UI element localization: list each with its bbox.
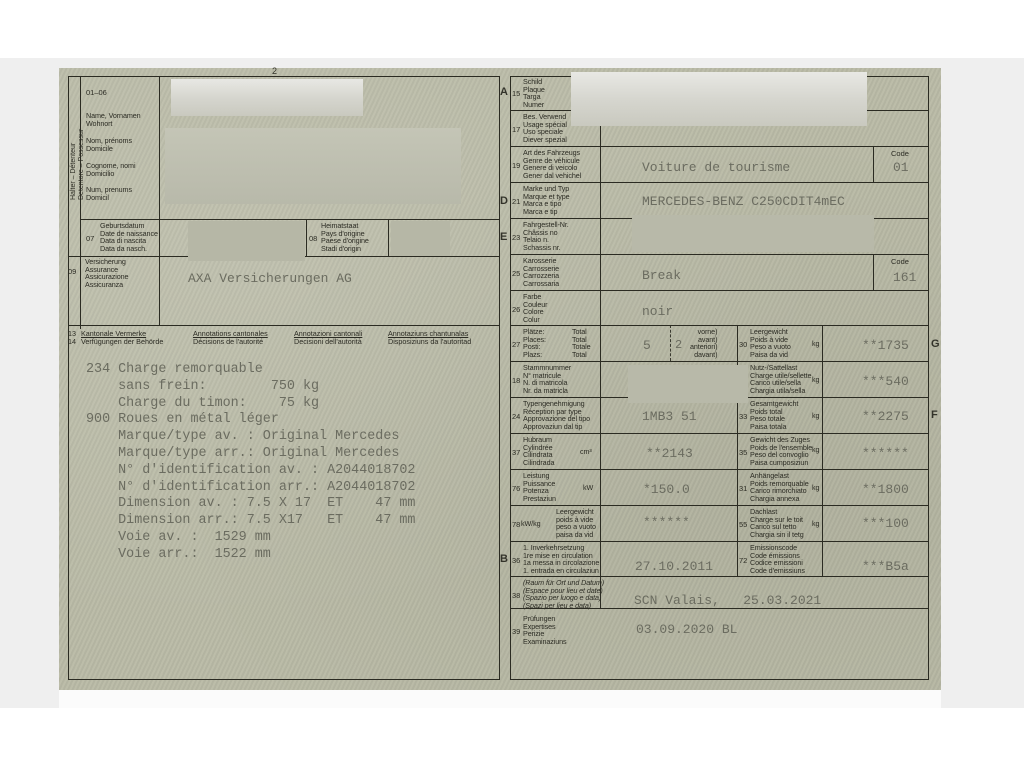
field-01-06-label-it: Cognome, nomi Domicilio — [86, 162, 135, 177]
annotations-numbers: 13 14 — [68, 330, 76, 346]
redacted-chassis — [632, 215, 874, 252]
field-21-labels: Marke und Typ Marque et type Marca e tip… — [523, 185, 570, 215]
first-registration-value: 27.10.2011 — [635, 559, 713, 574]
seats-total-value: 5 — [643, 338, 651, 353]
redacted-matricule — [628, 365, 748, 403]
roof-load-value: ***100 — [862, 516, 909, 531]
emission-code-value: ***B5a — [862, 559, 909, 574]
field-39-labels: Prüfungen Expertises Perizie Examinaziun… — [523, 615, 567, 645]
type-approval-value: 1MB3 51 — [642, 409, 697, 424]
field-31-labels: Anhängelast Poids remorquable Carico rim… — [750, 472, 809, 502]
divider — [80, 76, 81, 329]
field-letter-e: E — [500, 231, 507, 243]
field-15-number: 15 — [512, 89, 520, 98]
divider — [510, 576, 929, 577]
field-36-number: 36 — [512, 556, 520, 565]
field-01-06-label-fr: Nom, prénoms Domicile — [86, 137, 132, 152]
redacted-holder-address — [165, 128, 461, 204]
field-36-labels: 1. Inverkehrsetzung 1re mise en circulat… — [523, 544, 599, 574]
make-model-value: MERCEDES-BENZ C250CDIT4mEC — [642, 194, 845, 209]
field-38-labels: (Raum für Ort und Datum) (Espace pour li… — [523, 579, 604, 609]
field-08-labels: Heimatstaat Pays d'origine Paese d'origi… — [321, 222, 369, 252]
holder-side-label-2: Detentore – Possessur — [78, 129, 85, 200]
redacted-origin — [391, 221, 450, 256]
field-78-labels: Leergewicht poids à vide peso a vuoto pa… — [556, 508, 596, 538]
unit-kg: kg — [812, 376, 819, 384]
field-55-number: 55 — [739, 520, 747, 529]
field-23-labels: Fahrgestell-Nr. Châssis no Telaio n. Sch… — [523, 221, 569, 251]
page-mark-left: 2 — [272, 66, 277, 76]
field-08-number: 08 — [309, 234, 317, 243]
field-01-06-label-de: Name, Vornamen Wohnort — [86, 112, 141, 127]
train-weight-value: ****** — [862, 446, 909, 461]
divider — [510, 254, 929, 255]
color-value: noir — [642, 304, 673, 319]
field-27-labels: Plätze: Places: Posti: Plazs: — [523, 328, 546, 358]
displacement-value: **2143 — [646, 446, 693, 461]
field-31-number: 31 — [739, 484, 747, 493]
code-label: Code — [891, 149, 909, 158]
unit-kg: kg — [812, 446, 819, 454]
side-letter-f: F — [931, 409, 938, 421]
field-17-labels: Bes. Verwend Usage spécial Uso speciale … — [523, 113, 567, 143]
power-value: *150.0 — [643, 482, 690, 497]
field-09-number: 09 — [68, 267, 76, 276]
divider — [159, 76, 160, 326]
field-01-06-number: 01–06 — [86, 88, 107, 97]
field-27-total-labels: Total Total Totale Total — [572, 328, 591, 358]
field-letter-b: B — [500, 553, 508, 565]
divider — [68, 325, 500, 326]
power-weight-ratio-value: ****** — [643, 515, 690, 530]
remark-line: Charge du timon: 75 kg — [86, 396, 415, 413]
field-24-labels: Typengenehmigung Réception par type Appr… — [523, 400, 590, 430]
divider — [510, 361, 929, 362]
divider — [510, 325, 929, 326]
field-25-labels: Karosserie Carrosserie Carrozzeria Carro… — [523, 257, 559, 287]
remark-line: Dimension av. : 7.5 X 17 ET 47 mm — [86, 496, 415, 513]
field-30-labels: Leergewicht Poids à vide Peso a vuoto Pa… — [750, 328, 791, 358]
field-72-labels: Emissionscode Code émissions Codice emis… — [750, 544, 805, 574]
total-weight-value: **2275 — [862, 409, 909, 424]
field-01-06-label-rm: Num, prenums Domicil — [86, 186, 132, 201]
annotations-fr: Annotations cantonales Décisions de l'au… — [193, 330, 268, 346]
redacted-birth-date — [188, 221, 305, 261]
field-37-number: 37 — [512, 448, 520, 457]
field-payload-labels: Nutz-/Sattellast Charge utile/sellette C… — [750, 364, 811, 394]
field-15-labels: Schild Plaque Targa Numer — [523, 78, 545, 108]
vehicle-type-value: Voiture de tourisme — [642, 160, 790, 175]
field-39-number: 39 — [512, 627, 520, 636]
field-letter-a: A — [500, 86, 508, 98]
redacted-plate — [571, 72, 867, 126]
field-27-number: 27 — [512, 340, 520, 349]
remark-line: Dimension arr.: 7.5 X17 ET 47 mm — [86, 513, 415, 530]
remark-line: N° d'identification arr.: A2044018702 — [86, 480, 415, 497]
seats-front-labels: vorne) avant) anteriori) davant) — [690, 328, 717, 358]
field-35-labels: Gewicht des Zuges Poids de l'ensemble Pe… — [750, 436, 812, 466]
annotations-rm: Annotaziuns chantunalas Disposiziuns da … — [388, 330, 471, 346]
divider — [306, 219, 307, 257]
divider — [510, 541, 929, 542]
field-76-labels: Leistung Puissance Potenza Prestaziun — [523, 472, 556, 502]
inspection-value: 03.09.2020 BL — [636, 622, 737, 637]
field-72-number: 72 — [739, 556, 747, 565]
unit-cm3: cm³ — [580, 448, 592, 456]
divider — [510, 469, 929, 470]
field-26-labels: Farbe Couleur Colore Colur — [523, 293, 547, 323]
body-type-code: 161 — [893, 270, 916, 285]
divider — [510, 290, 929, 291]
field-letter-d: D — [500, 195, 508, 207]
body-type-value: Break — [642, 268, 681, 283]
divider — [737, 541, 738, 576]
divider — [670, 325, 671, 361]
unit-kg: kg — [812, 340, 819, 348]
unit-kg: kg — [812, 484, 819, 492]
divider — [600, 76, 601, 608]
remark-line: 234 Charge remorquable — [86, 362, 415, 379]
divider — [510, 505, 929, 506]
field-33-number: 33 — [739, 412, 747, 421]
vehicle-type-code: 01 — [893, 160, 909, 175]
field-23-number: 23 — [512, 233, 520, 242]
field-30-number: 30 — [739, 340, 747, 349]
holder-side-label: Halter – Détenteur — [70, 143, 77, 200]
redacted-holder-name — [171, 79, 363, 116]
unit-kg: kg — [812, 412, 819, 420]
payload-value: ***540 — [862, 374, 909, 389]
unit-kw-per-kg: kW/kg — [521, 520, 540, 528]
code-label: Code — [891, 257, 909, 266]
field-09-labels: Versicherung Assurance Assicurazione Ass… — [85, 258, 128, 288]
empty-weight-value: **1735 — [862, 338, 909, 353]
annotations-de: Kantonale Vermerke Verfügungen der Behör… — [81, 330, 163, 346]
divider — [388, 219, 389, 257]
insurance-value: AXA Versicherungen AG — [188, 271, 352, 286]
field-37-labels: Hubraum Cylindrée Cilindrata Cilindrada — [523, 436, 554, 466]
divider — [510, 182, 929, 183]
seats-front-value: 2 — [675, 338, 682, 352]
field-17-number: 17 — [512, 125, 520, 134]
unit-kw: kW — [583, 484, 593, 492]
divider — [873, 146, 874, 182]
field-35-number: 35 — [739, 448, 747, 457]
remark-line: Voie av. : 1529 mm — [86, 530, 415, 547]
remark-line: Marque/type arr.: Original Mercedes — [86, 446, 415, 463]
remark-line: Marque/type av. : Original Mercedes — [86, 429, 415, 446]
document-bottom-margin — [59, 690, 941, 708]
remark-line: Voie arr.: 1522 mm — [86, 547, 415, 564]
divider — [822, 541, 823, 576]
field-26-number: 26 — [512, 305, 520, 314]
field-21-number: 21 — [512, 197, 520, 206]
field-07-labels: Geburtsdatum Date de naissance Data di n… — [100, 222, 158, 252]
divider — [873, 254, 874, 290]
remark-line: 900 Roues en métal léger — [86, 412, 415, 429]
remark-line: sans frein: 750 kg — [86, 379, 415, 396]
field-24-number: 24 — [512, 412, 520, 421]
towing-weight-value: **1800 — [862, 482, 909, 497]
field-76-number: 76 — [512, 484, 520, 493]
field-33-labels: Gesamtgewicht Poids total Peso totale Pa… — [750, 400, 798, 430]
annotations-it: Annotazioni cantonali Decisioni dell'aut… — [294, 330, 362, 346]
field-07-number: 07 — [86, 234, 94, 243]
divider — [80, 219, 500, 220]
side-letter-g: G — [931, 338, 940, 350]
divider — [510, 433, 929, 434]
unit-kg: kg — [812, 520, 819, 528]
divider — [510, 146, 929, 147]
field-18-labels: Stammnummer N° matricule N. di matricola… — [523, 364, 571, 394]
remark-line: N° d'identification av. : A2044018702 — [86, 463, 415, 480]
cantonal-remarks: 234 Charge remorquable sans frein: 750 k… — [86, 362, 415, 564]
field-25-number: 25 — [512, 269, 520, 278]
place-date-value: SCN Valais, 25.03.2021 — [634, 593, 821, 608]
field-38-number: 38 — [512, 591, 520, 600]
field-18-number: 18 — [512, 376, 520, 385]
field-78-number: 78 — [512, 520, 520, 529]
field-19-number: 19 — [512, 161, 520, 170]
field-55-labels: Dachlast Charge sur le toit Carico sul t… — [750, 508, 804, 538]
field-19-labels: Art des Fahrzeugs Genre de véhicule Gene… — [523, 149, 581, 179]
